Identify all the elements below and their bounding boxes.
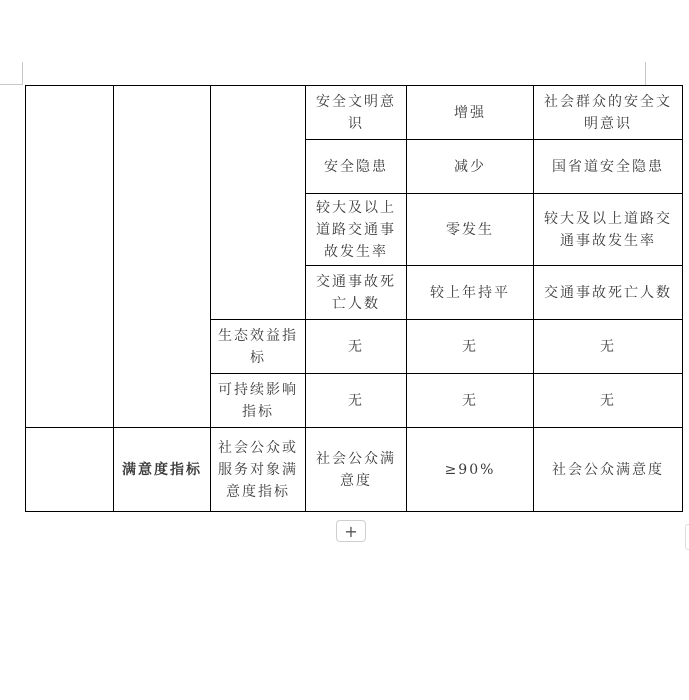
table-cell-description[interactable]: 无 [534,320,683,374]
table-cell-target[interactable]: 减少 [407,140,534,194]
table-cell-target[interactable]: 较上年持平 [407,266,534,320]
table-cell-indicator[interactable]: 交通事故死亡人数 [306,266,407,320]
table-cell-level2[interactable] [114,86,211,428]
table-cell-level1[interactable] [26,428,114,512]
table-cell-target[interactable]: ≥90% [407,428,534,512]
table-row: 满意度指标 社会公众或服务对象满意度指标 社会公众满意度 ≥90% 社会公众满意… [26,428,683,512]
table-cell-target[interactable]: 无 [407,320,534,374]
table-cell-indicator[interactable]: 安全文明意识 [306,86,407,140]
table-cell-target[interactable]: 增强 [407,86,534,140]
table-cell-description[interactable]: 社会公众满意度 [534,428,683,512]
side-handle[interactable] [685,524,689,550]
table-cell-indicator[interactable]: 无 [306,320,407,374]
table-cell-level3[interactable]: 可持续影响指标 [211,374,306,428]
page-corner-mark [22,62,23,85]
table-cell-description[interactable]: 无 [534,374,683,428]
table-cell-level3[interactable]: 社会公众或服务对象满意度指标 [211,428,306,512]
add-row-button[interactable]: + [336,520,366,542]
table-cell-level3[interactable]: 生态效益指标 [211,320,306,374]
table-cell-description[interactable]: 较大及以上道路交通事故发生率 [534,194,683,266]
performance-indicator-table: 安全文明意识 增强 社会群众的安全文明意识 安全隐患 减少 国省道安全隐患 较大… [25,85,683,512]
table-cell-description[interactable]: 交通事故死亡人数 [534,266,683,320]
table-cell-indicator[interactable]: 社会公众满意度 [306,428,407,512]
table-cell-target[interactable]: 零发生 [407,194,534,266]
table-cell-description[interactable]: 社会群众的安全文明意识 [534,86,683,140]
page-corner-mark [0,84,23,85]
table-cell-description[interactable]: 国省道安全隐患 [534,140,683,194]
table-cell-indicator[interactable]: 较大及以上道路交通事故发生率 [306,194,407,266]
plus-icon: + [344,522,357,541]
table-cell-level2[interactable]: 满意度指标 [114,428,211,512]
page-corner-mark [645,62,646,85]
table-cell-indicator[interactable]: 安全隐患 [306,140,407,194]
table-cell-indicator[interactable]: 无 [306,374,407,428]
table-cell-level1[interactable] [26,86,114,428]
table-cell-level3[interactable] [211,86,306,320]
table-cell-target[interactable]: 无 [407,374,534,428]
table-row: 安全文明意识 增强 社会群众的安全文明意识 [26,86,683,140]
